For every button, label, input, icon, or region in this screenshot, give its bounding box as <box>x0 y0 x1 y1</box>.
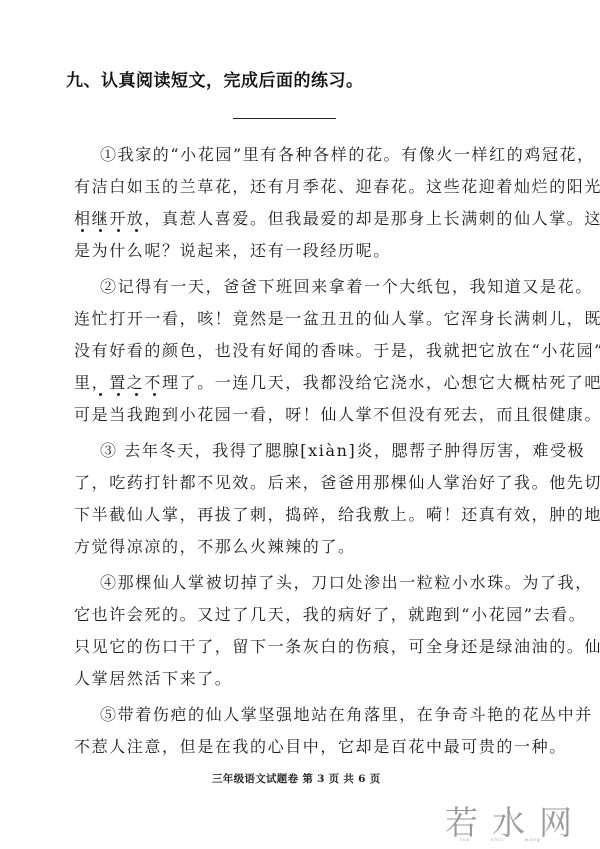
page-title: 九、认真阅读短文，完成后面的练习。 <box>66 66 364 91</box>
page-footer: 三年级语文试题卷 第 3 页 共 6 页 <box>212 771 381 786</box>
paragraph-line: ⑤带着伤疤的仙人掌坚强地站在角落里，在争奇斗艳的花丛中并 <box>100 704 593 726</box>
paragraph-line: 连忙打开一看，咳！竟然是一盆丑丑的仙人掌。它浑身长满刺儿，既 <box>74 308 600 330</box>
paragraph-line: 相继开放，真惹人喜爱。但我最爱的却是那身上长满刺的仙人掌。这 <box>74 208 600 230</box>
paragraph-line: ②记得有一天，爸爸下班回来拿着一个大纸包，我知道又是花。 <box>100 276 593 298</box>
paragraph-line: ④那棵仙人掌被切掉了头，刀口处渗出一粒粒小水珠。为了我， <box>100 572 593 594</box>
watermark-logo: 若水网 <box>445 797 586 844</box>
paragraph-line: 下半截仙人掌，再拔了刺，捣碎，给我敷上。嗬！还真有效，肿的地 <box>74 504 600 526</box>
paragraph-line: ①我家的“小花园”里有各种各样的花。有像火一样红的鸡冠花， <box>100 144 595 166</box>
watermark-subtext: ruo shui wang <box>460 838 541 843</box>
paragraph-line: 可是当我跑到小花园一看，呀！仙人掌不但没有死去，而且很健康。 <box>74 404 600 426</box>
paragraph-line: 它也许会死的。又过了几天，我的病好了，就跑到“小花园”去看。 <box>74 604 586 626</box>
paragraph-line: 没有好看的颜色，也没有好闻的香味。于是，我就把它放在“小花园” <box>74 340 600 362</box>
paragraph-line: 有洁白如玉的兰草花，还有月季花、迎春花。这些花迎着灿烂的阳光 <box>74 176 600 198</box>
passage-body: ①我家的“小花园”里有各种各样的花。有像火一样红的鸡冠花， 有洁白如玉的兰草花，… <box>74 144 530 744</box>
paragraph-line: 只见它的伤口干了，留下一条灰白的伤痕，可全身还是绿油油的。仙 <box>74 636 600 658</box>
paragraph-line: 方觉得凉凉的，不那么火辣辣的了。 <box>74 536 356 558</box>
paragraph-line: 里，置之不理了。一连几天，我都没给它浇水，心想它大概枯死了吧。 <box>74 372 600 394</box>
paragraph-line: 不惹人注意，但是在我的心目中，它却是百花中最可贵的一种。 <box>74 736 567 758</box>
paragraph-line: 了，吃药打针都不见效。后来，爸爸用那棵仙人掌治好了我。他先切 <box>74 472 600 494</box>
passage-title-blank <box>233 118 336 119</box>
paragraph-line: 人掌居然活下来了。 <box>74 668 232 690</box>
paragraph-line: ③ 去年冬天，我得了腮腺[xiàn]炎，腮帮子肿得厉害，难受极 <box>100 440 585 462</box>
paragraph-line: 是为什么呢？说起来，还有一段经历呢。 <box>74 240 391 262</box>
